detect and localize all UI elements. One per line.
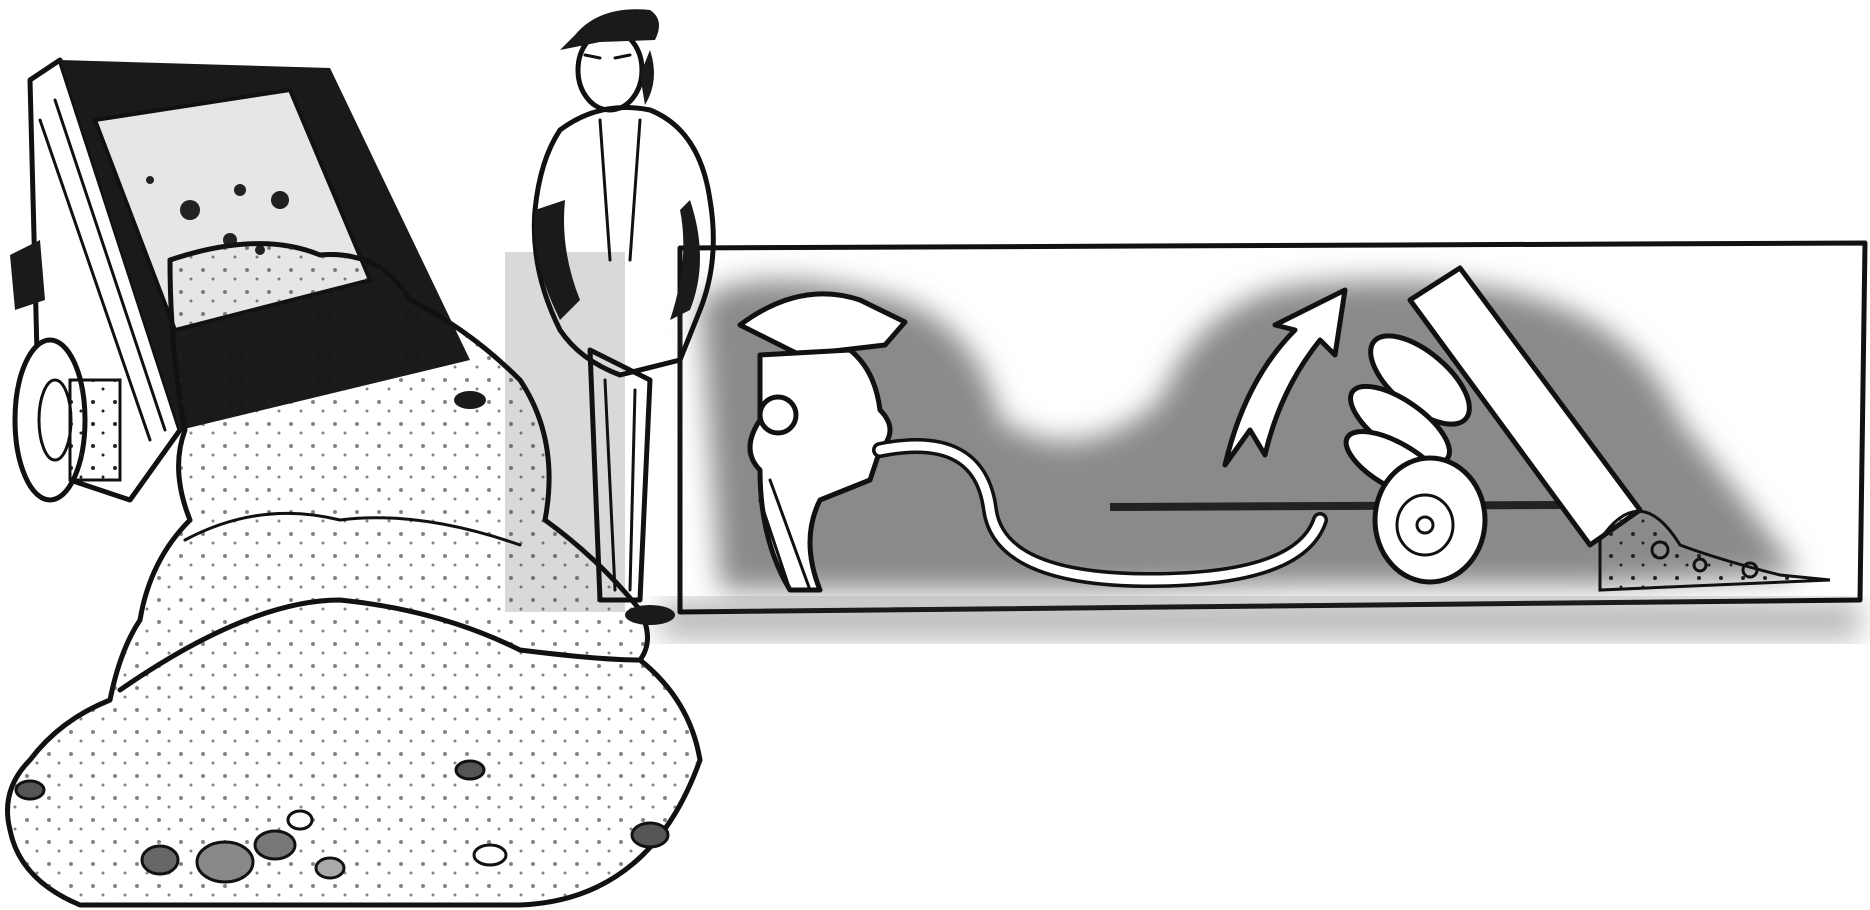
shoe <box>625 605 675 625</box>
cap-icon <box>560 9 659 50</box>
illustration-canvas <box>0 0 1870 910</box>
ear-icon <box>760 397 796 433</box>
inset-panel <box>505 243 1865 640</box>
trailer-drawbar <box>1110 505 1560 507</box>
jacket-shadow-right <box>670 200 700 320</box>
trailer-wheel-icon <box>1375 458 1485 582</box>
eyes <box>585 55 630 58</box>
trailer-wheel-icon <box>15 340 120 500</box>
trailer-tail-light <box>10 240 45 310</box>
shirt-lines <box>600 120 640 260</box>
